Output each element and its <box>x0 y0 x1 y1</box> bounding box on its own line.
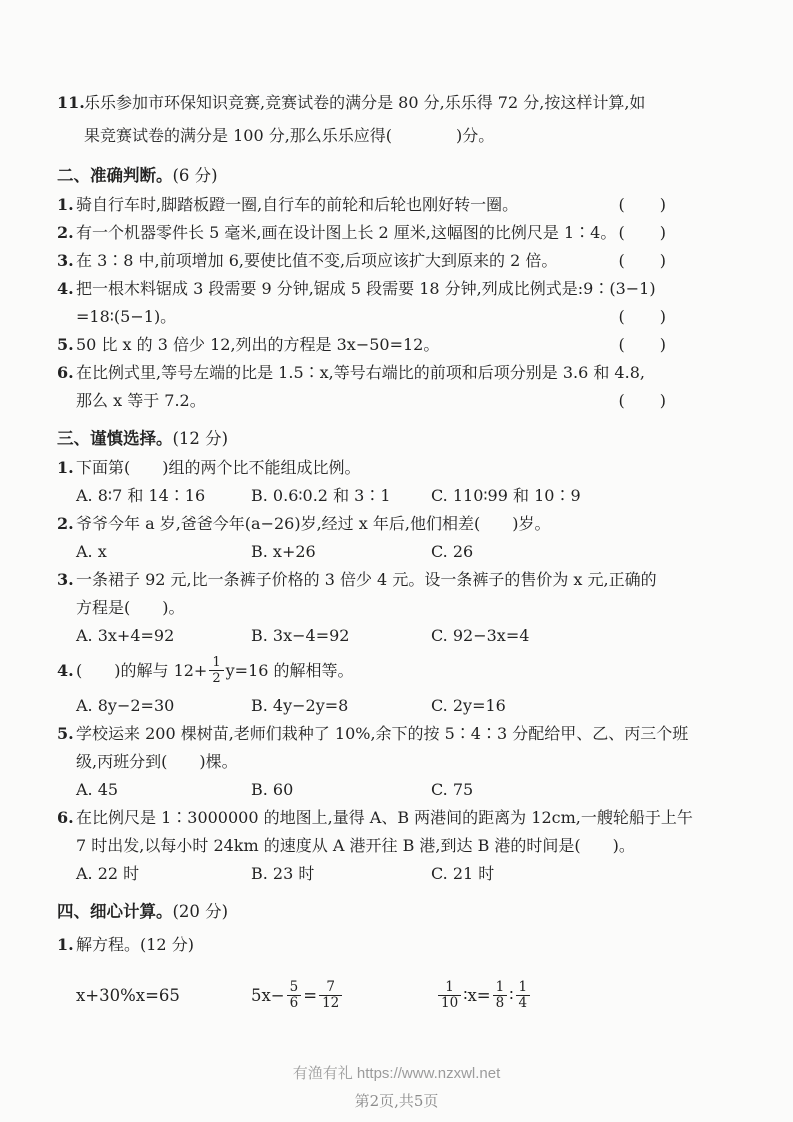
footer-watermark: 有渔有礼 https://www.nzxwl.net <box>0 1062 793 1083</box>
option-c: C. 2y=16 <box>431 692 741 720</box>
question-text-line: 级,丙班分到( )棵。 <box>76 748 741 776</box>
question-number: 1. <box>57 931 74 959</box>
question-number: 5. <box>57 331 74 359</box>
question-number: 3. <box>57 566 74 594</box>
option-a: A. 22 时 <box>76 860 251 888</box>
choice-options-6: A. 22 时 B. 23 时 C. 21 时 <box>57 860 741 888</box>
option-b: B. 0.6∶0.2 和 3∶1 <box>251 482 431 510</box>
choice-item-3: 3. 一条裙子 92 元,比一条裤子价格的 3 倍少 4 元。设一条裤子的售价为… <box>57 566 741 622</box>
question-number: 2. <box>57 510 74 538</box>
option-a: A. 45 <box>76 776 251 804</box>
answer-bracket: ( ) <box>619 331 668 359</box>
question-11: 11. 乐乐参加市环保知识竞赛,竞赛试卷的满分是 80 分,乐乐得 72 分,按… <box>57 86 741 152</box>
option-c: C. 26 <box>431 538 741 566</box>
section-choice-title: 三、谨慎选择。(12 分) <box>57 424 741 454</box>
section-score: (6 分) <box>173 166 218 185</box>
option-b: B. 23 时 <box>251 860 431 888</box>
option-c: C. 110∶99 和 10∶9 <box>431 482 741 510</box>
question-number: 1. <box>57 454 74 482</box>
option-c: C. 75 <box>431 776 741 804</box>
exam-content: 11. 乐乐参加市环保知识竞赛,竞赛试卷的满分是 80 分,乐乐得 72 分,按… <box>57 86 741 1019</box>
equation-2: 5x− 5 6 = 7 12 <box>251 981 436 1012</box>
option-a: A. 3x+4=92 <box>76 622 251 650</box>
fraction: 1 8 <box>493 980 508 1011</box>
answer-bracket: ( ) <box>619 219 668 247</box>
section-score: (20 分) <box>173 902 229 921</box>
question-number: 4. <box>57 650 74 692</box>
question-text-line: 方程是( )。 <box>76 594 741 622</box>
section-judge-title: 二、准确判断。(6 分) <box>57 161 741 191</box>
choice-item-1: 1. 下面第( )组的两个比不能组成比例。 <box>57 454 741 482</box>
answer-bracket: ( ) <box>619 387 668 415</box>
equation-1: x+30%x=65 <box>76 982 251 1010</box>
choice-item-2: 2. 爷爷今年 a 岁,爸爸今年(a−26)岁,经过 x 年后,他们相差( )岁… <box>57 510 741 538</box>
choice-options-3: A. 3x+4=92 B. 3x−4=92 C. 92−3x=4 <box>57 622 741 650</box>
fraction: 1 2 <box>209 655 223 686</box>
judge-item-3: 3. 在 3∶8 中,前项增加 6,要使比值不变,后项应该扩大到原来的 2 倍。… <box>57 247 741 275</box>
choice-item-4: 4. ( )的解与 12+ 1 2 y=16 的解相等。 <box>57 650 741 692</box>
question-text-line: 50 比 x 的 3 倍少 12,列出的方程是 3x−50=12。 <box>76 331 651 359</box>
equation-3: 1 10 ∶x= 1 8 ∶ 1 4 <box>436 981 532 1012</box>
judge-item-1: 1. 骑自行车时,脚踏板蹬一圈,自行车的前轮和后轮也刚好转一圈。 ( ) <box>57 191 741 219</box>
question-number: 3. <box>57 247 74 275</box>
choice-options-5: A. 45 B. 60 C. 75 <box>57 776 741 804</box>
option-c: C. 92−3x=4 <box>431 622 741 650</box>
question-text-line: 把一根木料锯成 3 段需要 9 分钟,锯成 5 段需要 18 分钟,列成比例式是… <box>76 275 741 303</box>
fraction: 1 4 <box>516 980 531 1011</box>
question-number: 6. <box>57 804 74 832</box>
question-text-line: 在 3∶8 中,前项增加 6,要使比值不变,后项应该扩大到原来的 2 倍。 <box>76 247 651 275</box>
question-text-line: 乐乐参加市环保知识竞赛,竞赛试卷的满分是 80 分,乐乐得 72 分,按这样计算… <box>84 86 741 119</box>
question-text-line: 一条裙子 92 元,比一条裤子价格的 3 倍少 4 元。设一条裤子的售价为 x … <box>76 566 741 594</box>
option-b: B. 60 <box>251 776 431 804</box>
question-number: 6. <box>57 359 74 387</box>
question-number: 4. <box>57 275 74 303</box>
equations-row: x+30%x=65 5x− 5 6 = 7 12 1 10 ∶x= <box>57 973 741 1019</box>
section-calc-title: 四、细心计算。(20 分) <box>57 897 741 927</box>
question-text-line: 在比例尺是 1∶3000000 的地图上,量得 A、B 两港间的距离为 12cm… <box>76 804 741 832</box>
question-text-segment: y=16 的解相等。 <box>226 650 354 692</box>
choice-options-1: A. 8∶7 和 14∶16 B. 0.6∶0.2 和 3∶1 C. 110∶9… <box>57 482 741 510</box>
question-text-line: 骑自行车时,脚踏板蹬一圈,自行车的前轮和后轮也刚好转一圈。 <box>76 191 651 219</box>
question-text-line: 爷爷今年 a 岁,爸爸今年(a−26)岁,经过 x 年后,他们相差( )岁。 <box>76 510 741 538</box>
question-number: 5. <box>57 720 74 748</box>
judge-item-4: 4. 把一根木料锯成 3 段需要 9 分钟,锯成 5 段需要 18 分钟,列成比… <box>57 275 741 331</box>
answer-bracket: ( ) <box>619 191 668 219</box>
judge-item-2: 2. 有一个机器零件长 5 毫米,画在设计图上长 2 厘米,这幅图的比例尺是 1… <box>57 219 741 247</box>
option-a: A. 8∶7 和 14∶16 <box>76 482 251 510</box>
option-c: C. 21 时 <box>431 860 741 888</box>
fraction: 7 12 <box>319 980 342 1011</box>
option-a: A. x <box>76 538 251 566</box>
choice-options-4: A. 8y−2=30 B. 4y−2y=8 C. 2y=16 <box>57 692 741 720</box>
option-b: B. x+26 <box>251 538 431 566</box>
answer-bracket: ( ) <box>619 247 668 275</box>
question-text-segment: ( )的解与 12+ <box>76 650 207 692</box>
question-text-line: 解方程。(12 分) <box>76 931 741 959</box>
question-text-line: 学校运来 200 棵树苗,老师们栽种了 10%,余下的按 5∶4∶3 分配给甲、… <box>76 720 741 748</box>
question-number: 1. <box>57 191 74 219</box>
question-number: 11. <box>57 86 85 119</box>
question-number: 2. <box>57 219 74 247</box>
footer-page-number: 第2页,共5页 <box>0 1090 793 1111</box>
judge-item-6: 6. 在比例式里,等号左端的比是 1.5∶x,等号右端比的前项和后项分别是 3.… <box>57 359 741 415</box>
question-text-line: 7 时出发,以每小时 24km 的速度从 A 港开往 B 港,到达 B 港的时间… <box>76 832 741 860</box>
option-b: B. 3x−4=92 <box>251 622 431 650</box>
question-text-line: 下面第( )组的两个比不能组成比例。 <box>76 454 741 482</box>
question-text-line: 果竞赛试卷的满分是 100 分,那么乐乐应得( )分。 <box>84 119 741 152</box>
judge-item-5: 5. 50 比 x 的 3 倍少 12,列出的方程是 3x−50=12。 ( ) <box>57 331 741 359</box>
fraction: 1 10 <box>438 980 461 1011</box>
fraction: 5 6 <box>287 980 302 1011</box>
answer-bracket: ( ) <box>619 303 668 331</box>
option-a: A. 8y−2=30 <box>76 692 251 720</box>
option-b: B. 4y−2y=8 <box>251 692 431 720</box>
calc-subtitle: 1. 解方程。(12 分) <box>57 931 741 959</box>
question-text-line: 在比例式里,等号左端的比是 1.5∶x,等号右端比的前项和后项分别是 3.6 和… <box>76 359 741 387</box>
exam-page: 11. 乐乐参加市环保知识竞赛,竞赛试卷的满分是 80 分,乐乐得 72 分,按… <box>0 0 793 1122</box>
choice-item-6: 6. 在比例尺是 1∶3000000 的地图上,量得 A、B 两港间的距离为 1… <box>57 804 741 860</box>
section-score: (12 分) <box>173 429 229 448</box>
choice-options-2: A. x B. x+26 C. 26 <box>57 538 741 566</box>
choice-item-5: 5. 学校运来 200 棵树苗,老师们栽种了 10%,余下的按 5∶4∶3 分配… <box>57 720 741 776</box>
question-text-line: 有一个机器零件长 5 毫米,画在设计图上长 2 厘米,这幅图的比例尺是 1∶4。 <box>76 219 651 247</box>
